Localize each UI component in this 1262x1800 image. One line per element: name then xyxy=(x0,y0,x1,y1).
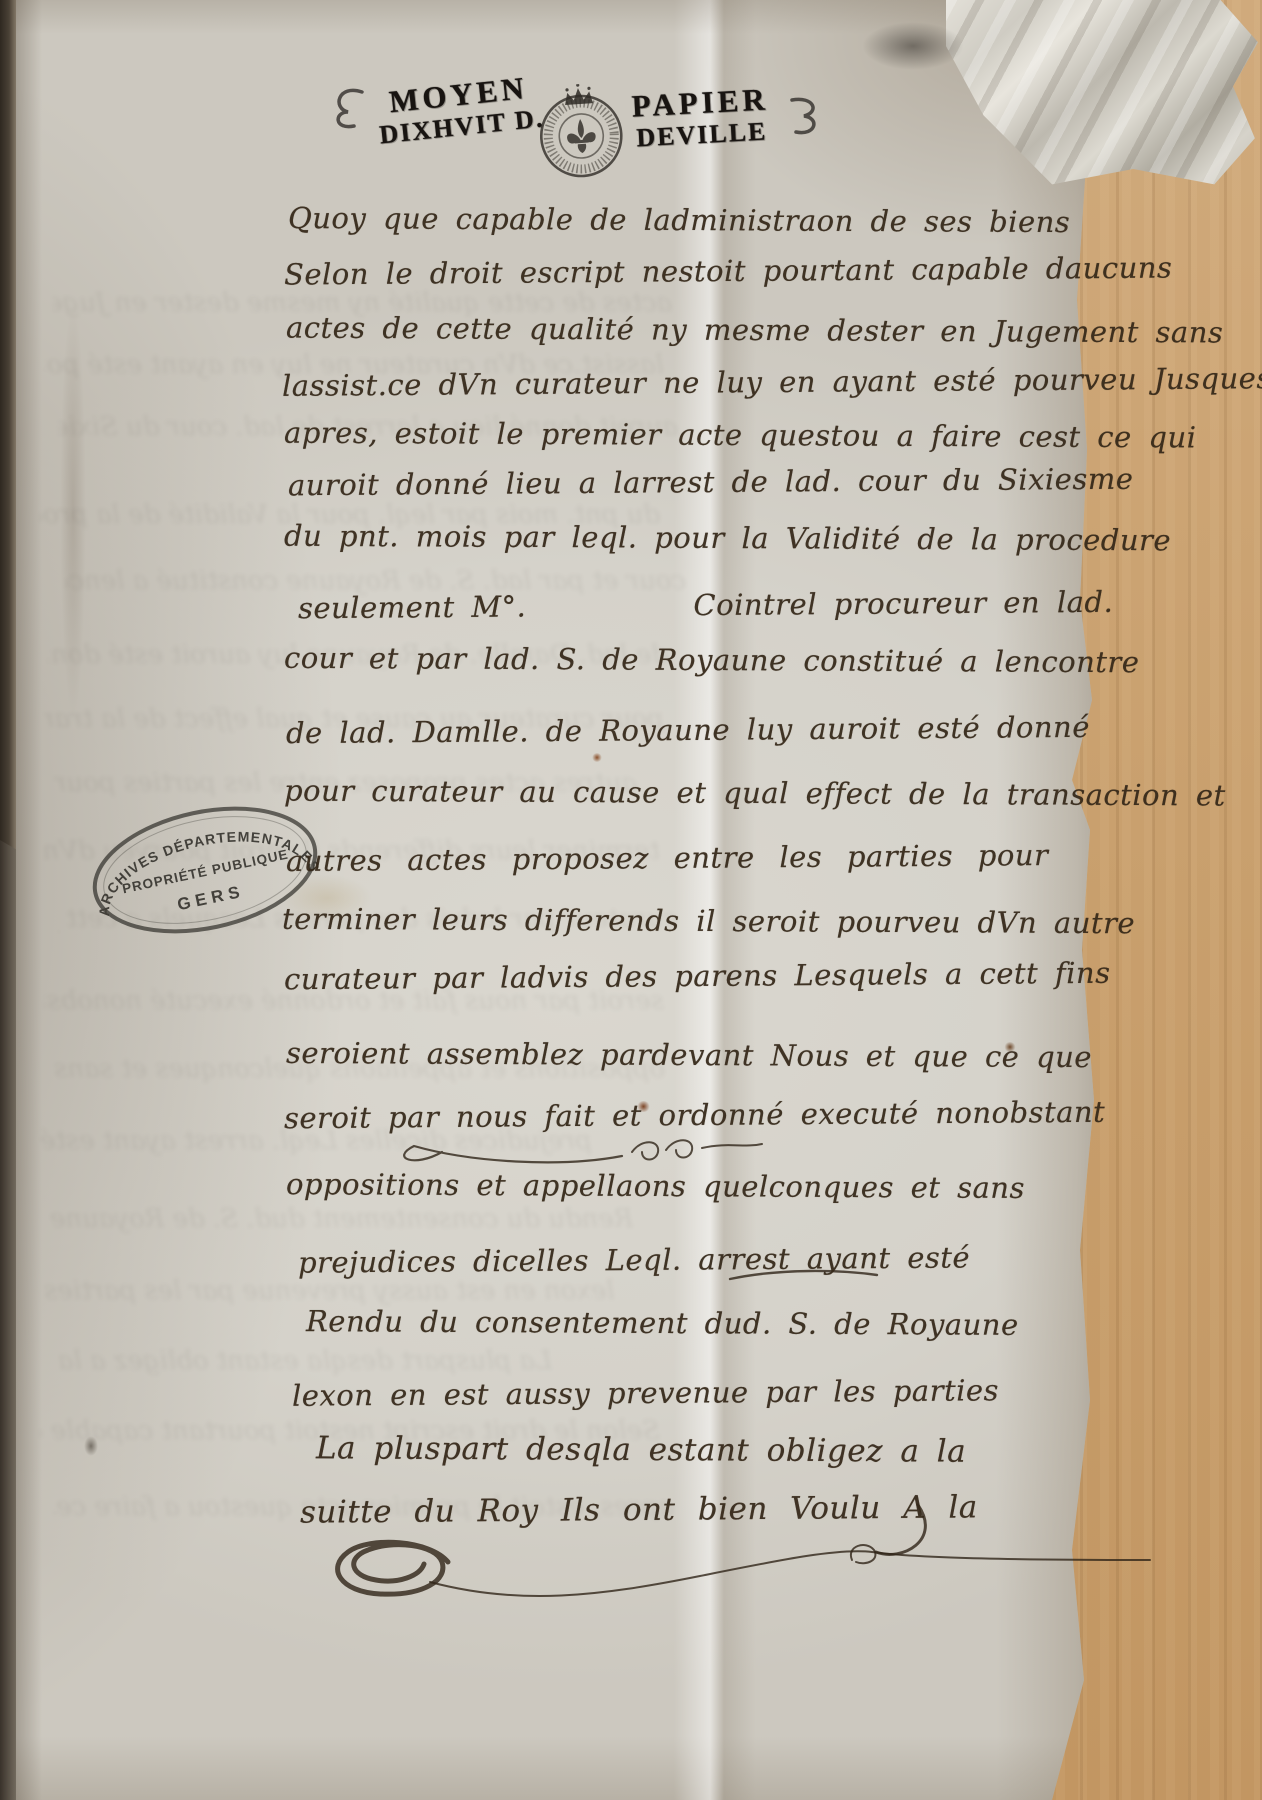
manuscript-line: seulement M°. Cointrel procureur en lad. xyxy=(298,582,1114,628)
revenue-stamp-right: PAPIER DEVILLE xyxy=(606,81,795,155)
manuscript-line: cour et par lad. S. de Royaune constitué… xyxy=(284,638,1140,682)
manuscript-line: lexon en est aussy prevenue par les part… xyxy=(292,1370,999,1416)
manuscript-line: suitte du Roy Ils ont bien Voulu A la xyxy=(300,1487,978,1532)
stamp-flourish-icon xyxy=(788,92,822,142)
manuscript-line: du pnt. mois par leql. pour la Validité … xyxy=(284,516,1171,561)
manuscript-line: terminer leurs differends il seroit pour… xyxy=(282,899,1135,943)
manuscript-line: lassist.ce dVn curateur ne luy en ayant … xyxy=(282,358,1262,406)
manuscript-line: prejudices dicelles Leql. arrest ayant e… xyxy=(298,1237,970,1282)
photographed-manuscript: MOYEN DIXHVIT D. PAPIER DEVILLE xyxy=(0,0,1262,1800)
manuscript-line: oppositions et appellaons quelconques et… xyxy=(286,1164,1025,1208)
manuscript-line: seroient assemblez pardevant Nous et que… xyxy=(286,1033,1092,1077)
manuscript-line: curateur par ladvis des parens Lesquels … xyxy=(284,953,1111,999)
manuscript-line: actes de cette qualité ny mesme dester e… xyxy=(286,308,1224,353)
manuscript-line: Selon le droit escript nestoit pourtant … xyxy=(284,248,1173,295)
manuscript-line: seroit par nous fait et ordonné executé … xyxy=(284,1092,1106,1138)
archive-stamp-bottom-text: GERS xyxy=(176,881,247,914)
manuscript-line: de lad. Damlle. de Royaune luy auroit es… xyxy=(286,707,1090,753)
manuscript-line: apres, estoit le premier acte questou a … xyxy=(284,413,1197,458)
manuscript-line: auroit donné lieu a larrest de lad. cour… xyxy=(288,459,1134,506)
manuscript-line: autres actes proposez entre les parties … xyxy=(286,835,1049,881)
manuscript-line: La pluspart desqla estant obligez a la xyxy=(316,1428,966,1471)
manuscript-line: Rendu du consentement dud. S. de Royaune xyxy=(306,1301,1019,1345)
manuscript-line: pour curateur au cause et qual effect de… xyxy=(284,771,1226,816)
manuscript-line: Quoy que capable de ladministraon de ses… xyxy=(288,198,1070,242)
